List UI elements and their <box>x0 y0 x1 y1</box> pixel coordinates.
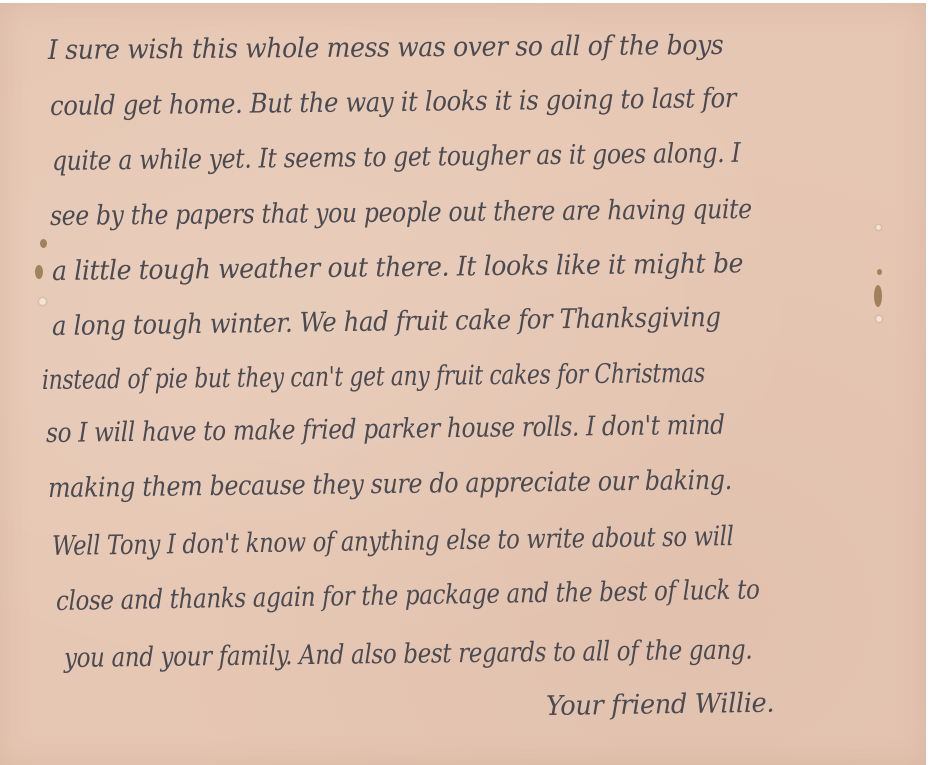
letter-line-10: Well Tony I don't know of anything else … <box>52 521 734 562</box>
letter-signature: Your friend Willie. <box>546 688 775 722</box>
stain-mark <box>40 239 47 248</box>
punch-hole-mark <box>876 316 882 322</box>
letter-line-11: close and thanks again for the package a… <box>56 574 760 617</box>
stain-mark <box>877 269 882 275</box>
letter-line-3: quite a while yet. It seems to get tough… <box>52 138 741 177</box>
punch-hole-mark <box>876 225 881 230</box>
stain-mark <box>874 285 882 307</box>
letter-line-12: you and your family. And also best regar… <box>64 635 753 674</box>
stain-mark <box>35 265 43 279</box>
letter-line-9: making them because they sure do appreci… <box>48 465 732 504</box>
letter-line-4: see by the papers that you people out th… <box>50 194 752 232</box>
letter-line-1: I sure wish this whole mess was over so … <box>48 30 724 66</box>
punch-hole-mark <box>39 298 46 305</box>
letter-line-8: so I will have to make fried parker hous… <box>46 410 725 449</box>
letter-line-2: could get home. But the way it looks it … <box>50 83 736 122</box>
letter-line-6: a long tough winter. We had fruit cake f… <box>52 302 721 342</box>
letter-line-5: a little tough weather out there. It loo… <box>52 248 743 287</box>
letter-page: I sure wish this whole mess was over so … <box>0 3 926 765</box>
letter-line-7: instead of pie but they can't get any fr… <box>42 358 705 396</box>
